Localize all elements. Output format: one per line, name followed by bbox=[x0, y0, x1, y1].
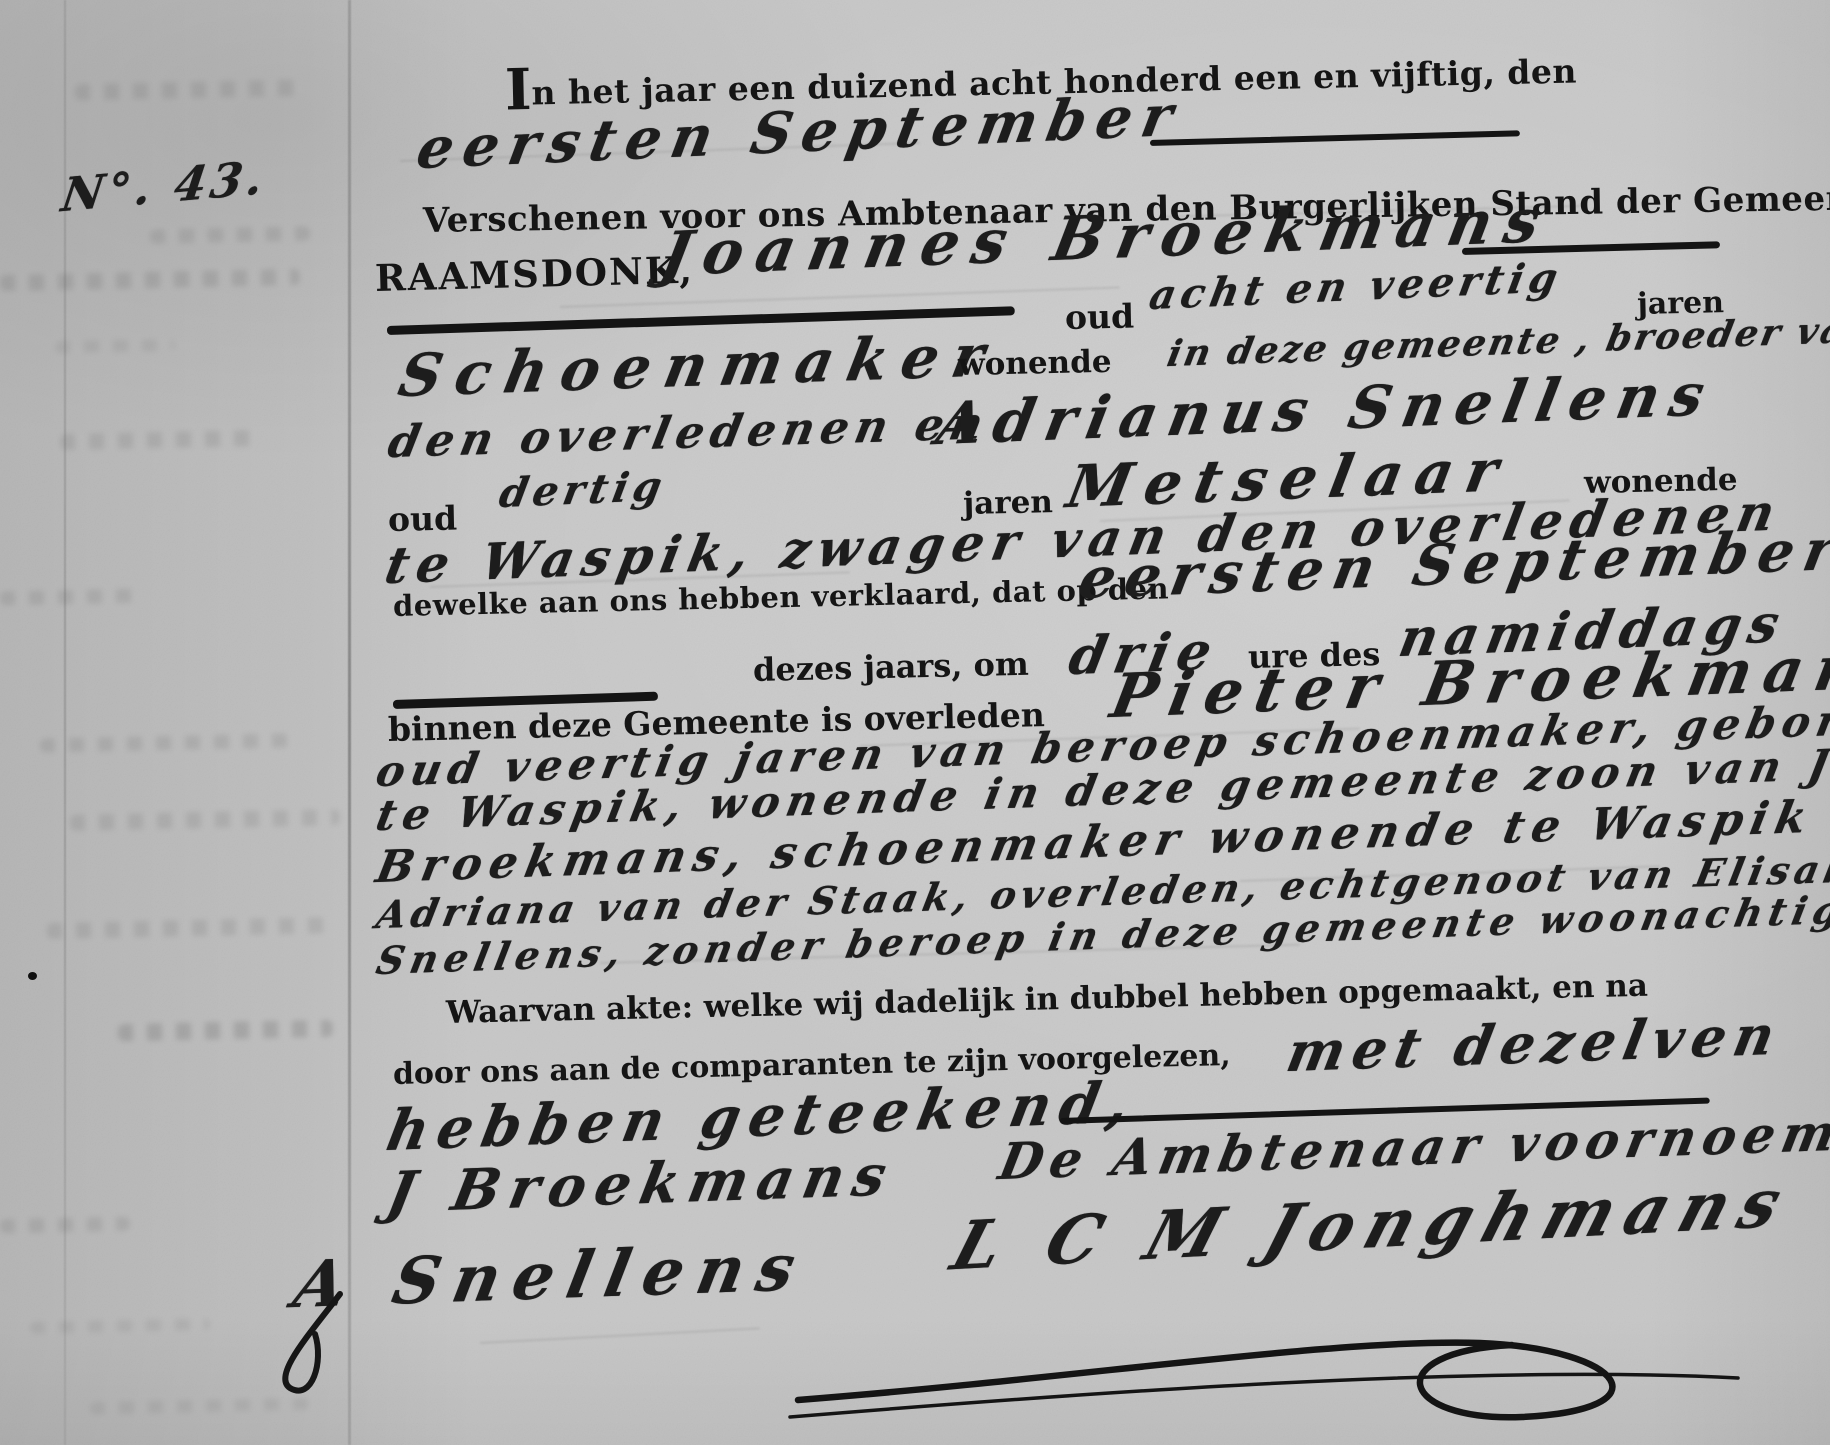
witness2-signature-swash bbox=[268, 1288, 363, 1408]
official-signature-flourish bbox=[780, 1322, 1780, 1442]
bleed-through-ghost-text bbox=[70, 809, 340, 831]
bleed-through-ghost-text bbox=[118, 1020, 333, 1041]
bleed-through-ghost-text bbox=[55, 339, 175, 354]
bleed-through-ghost-text bbox=[40, 733, 290, 752]
bleed-through-ghost-text bbox=[0, 589, 140, 606]
preprinted-oud: oud bbox=[1065, 299, 1135, 337]
declarant1-occupation: Schoenmaker bbox=[394, 323, 1004, 409]
paper-fold-line bbox=[348, 0, 351, 1445]
death-record-scan: N°. 43. In het jaar een duizend acht hon… bbox=[0, 0, 1830, 1445]
bleed-through-ghost-text bbox=[0, 269, 300, 291]
bleed-through-ghost-text bbox=[30, 1318, 210, 1334]
bleed-through-ghost-text bbox=[60, 430, 260, 450]
closing-met-dezelven: met dezelven bbox=[1282, 1005, 1787, 1083]
ink-dot bbox=[28, 972, 37, 980]
preprinted-dezes-jaars: dezes jaars, om bbox=[753, 647, 1030, 689]
declarant2-age: dertig bbox=[496, 465, 670, 517]
act-number: N°. 43. bbox=[58, 152, 270, 222]
bleed-through-ghost-text bbox=[75, 80, 300, 101]
municipality-name: RAAMSDONK, bbox=[374, 250, 694, 300]
bleed-through-ghost-text bbox=[47, 917, 337, 939]
witness2-signature: A Snellens bbox=[288, 1232, 814, 1322]
preprinted-wonende: wonende bbox=[958, 345, 1112, 383]
filler-line bbox=[1150, 130, 1520, 146]
bleed-through-ghost-text bbox=[150, 226, 310, 243]
relation-to-deceased: den overledenen en bbox=[384, 399, 993, 467]
declarant1-residence-relation: in deze gemeente , broeder van bbox=[1164, 309, 1830, 374]
